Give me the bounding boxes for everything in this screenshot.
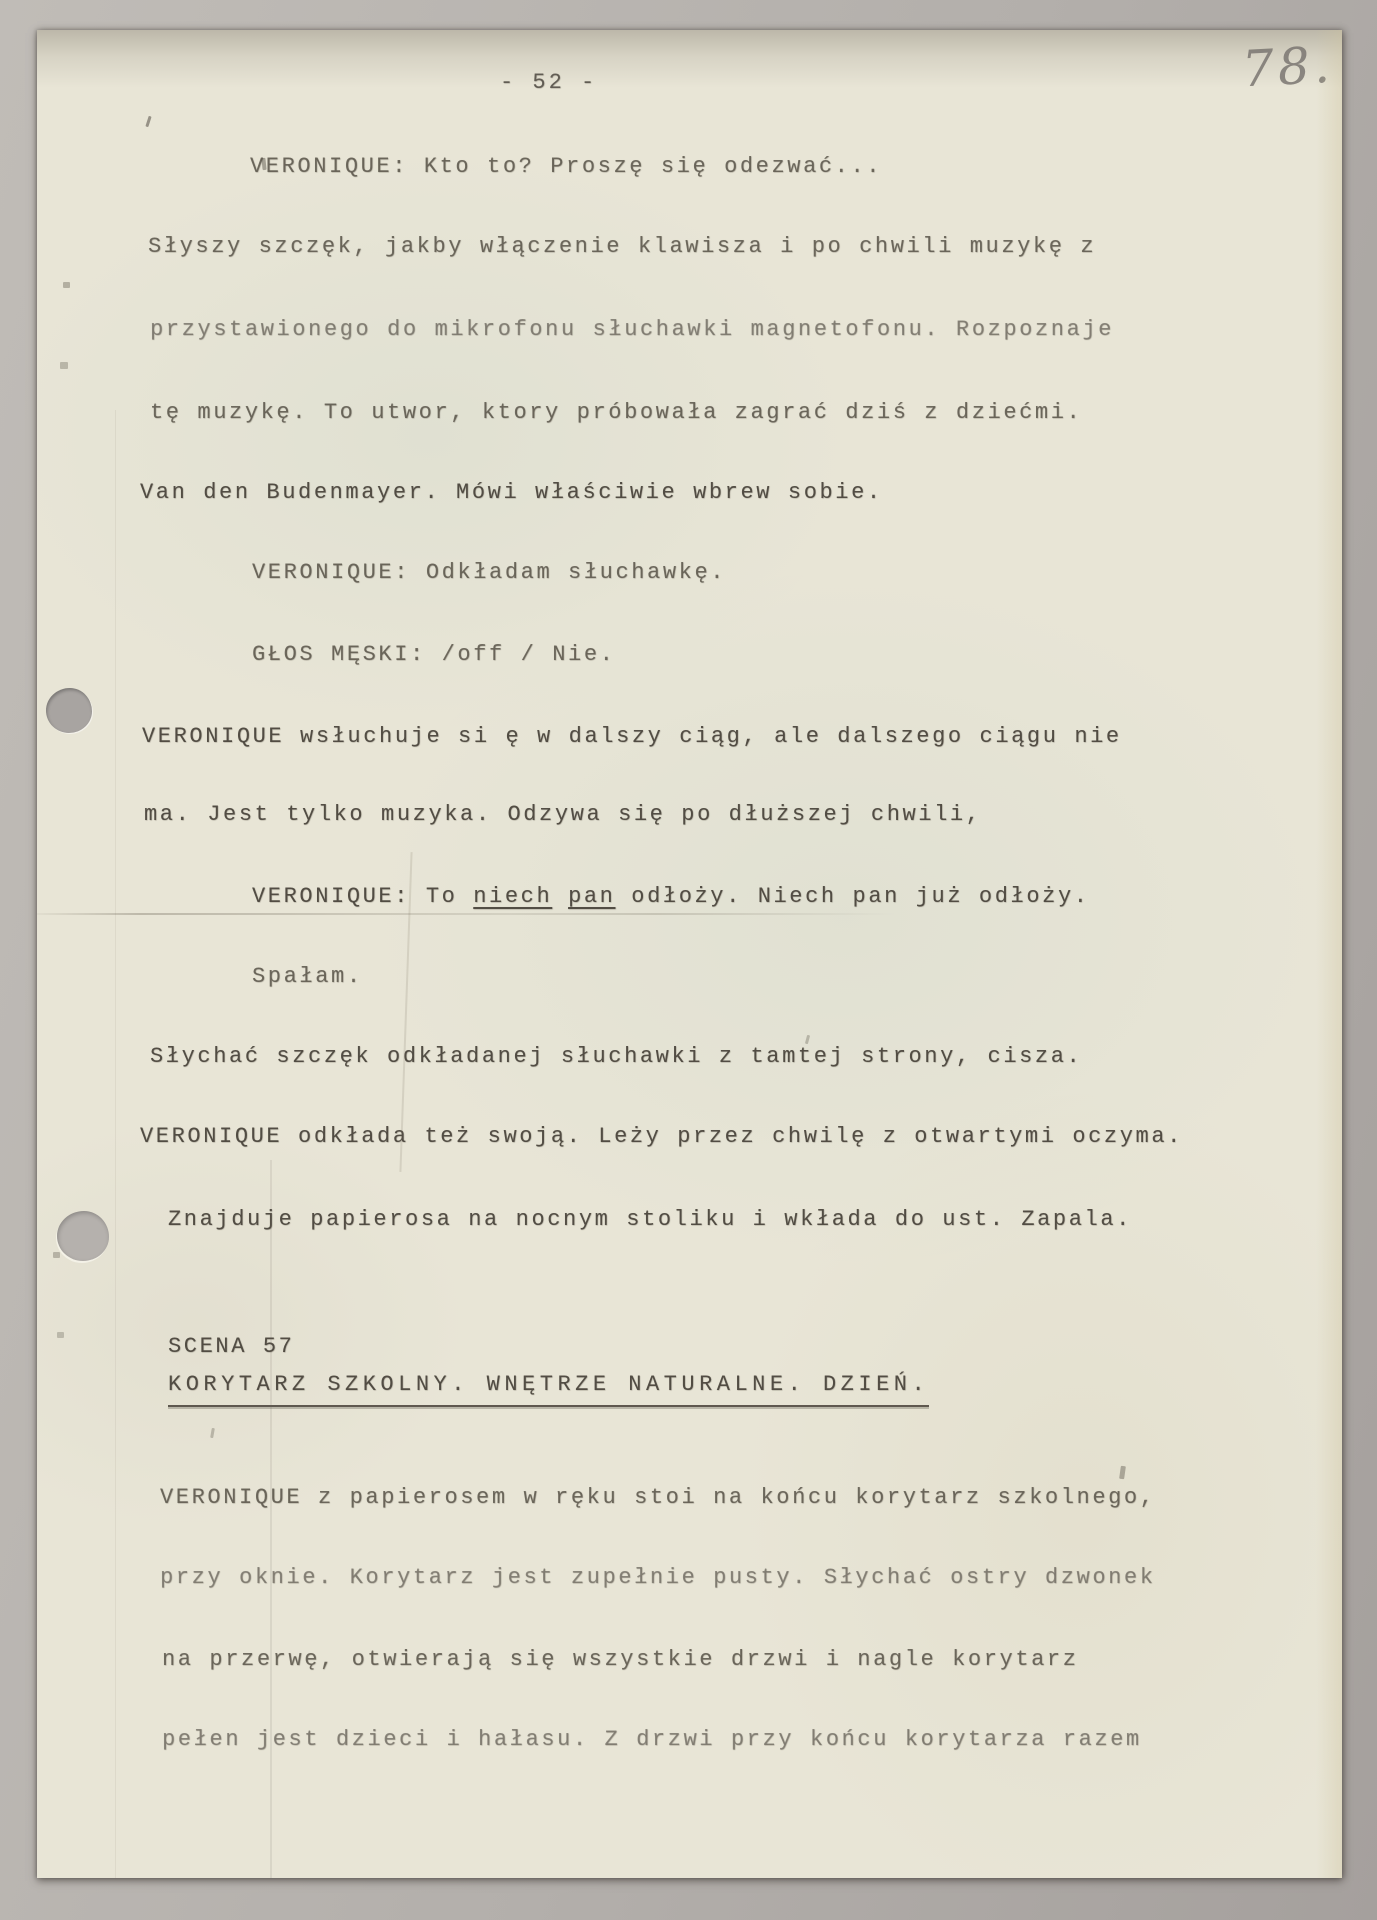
text-segment: przystawionego do mikrofonu słuchawki ma… — [150, 317, 1114, 342]
text-segment: odłoży. Niech pan już odłoży. — [615, 884, 1089, 909]
underlined-word: pan — [568, 884, 615, 909]
text-segment: Słyszy szczęk, jakby włączenie klawisza … — [148, 234, 1096, 259]
script-line: Słyszy szczęk, jakby włączenie klawisza … — [148, 232, 1096, 262]
text-segment: Van den Budenmayer. Mówi właściwie wbrew… — [140, 480, 883, 505]
ink-speck — [60, 362, 68, 369]
punch-hole — [46, 688, 92, 733]
ink-speck — [145, 116, 151, 127]
text-segment: ma. Jest tylko muzyka. Odzywa się po dłu… — [144, 802, 982, 827]
script-line: pełen jest dzieci i hałasu. Z drzwi przy… — [162, 1725, 1142, 1755]
text-segment: przy oknie. Korytarz jest zupełnie pusty… — [160, 1565, 1156, 1590]
scene-heading: KORYTARZ SZKOLNY. WNĘTRZE NATURALNE. DZI… — [168, 1370, 929, 1407]
text-segment: VERONIQUE: Odkładam słuchawkę. — [252, 560, 726, 585]
ink-speck — [57, 1332, 64, 1338]
scanner-background: - 52 - 78. VERONIQUE: Kto to? Proszę się… — [0, 0, 1377, 1920]
script-line: Znajduje papierosa na nocnym stoliku i w… — [168, 1205, 1132, 1235]
script-line: Van den Budenmayer. Mówi właściwie wbrew… — [140, 478, 883, 508]
script-line: SCENA 57 — [168, 1332, 294, 1362]
script-line: ma. Jest tylko muzyka. Odzywa się po dłu… — [144, 800, 982, 830]
text-segment: na przerwę, otwierają się wszystkie drzw… — [162, 1647, 1079, 1672]
script-line: tę muzykę. To utwor, ktory próbowała zag… — [150, 398, 1082, 428]
script-line: VERONIQUE: Odkładam słuchawkę. — [252, 558, 726, 588]
script-line: Spałam. — [252, 962, 363, 992]
text-segment: GŁOS MĘSKI: /off / Nie. — [252, 642, 615, 667]
text-segment — [552, 884, 568, 909]
text-segment: Spałam. — [252, 964, 363, 989]
fold-crease — [37, 913, 897, 915]
fold-crease — [270, 1160, 272, 1878]
ink-speck — [210, 1428, 215, 1438]
script-line: VERONIQUE wsłuchuje si ę w dalszy ciąg, … — [142, 722, 1122, 752]
text-segment: VERONIQUE: To — [252, 884, 473, 909]
punch-hole — [57, 1211, 109, 1261]
underlined-word: niech — [473, 884, 552, 909]
script-line: na przerwę, otwierają się wszystkie drzw… — [162, 1645, 1079, 1675]
script-line: VERONIQUE: Kto to? Proszę się odezwać... — [250, 152, 882, 182]
script-line: przy oknie. Korytarz jest zupełnie pusty… — [160, 1563, 1156, 1593]
page-number: - 52 - — [500, 70, 597, 95]
text-segment: Znajduje papierosa na nocnym stoliku i w… — [168, 1207, 1132, 1232]
text-segment: VERONIQUE odkłada też swoją. Leży przez … — [140, 1124, 1183, 1149]
handwritten-page-number: 78. — [1241, 36, 1335, 99]
script-line: GŁOS MĘSKI: /off / Nie. — [252, 640, 615, 670]
fold-crease — [115, 410, 116, 1878]
script-line: VERONIQUE z papierosem w ręku stoi na ko… — [160, 1483, 1156, 1513]
script-line: VERONIQUE odkłada też swoją. Leży przez … — [140, 1122, 1183, 1152]
text-segment: SCENA 57 — [168, 1334, 294, 1359]
text-segment: VERONIQUE: Kto to? Proszę się odezwać... — [250, 154, 882, 179]
scanned-page: - 52 - 78. VERONIQUE: Kto to? Proszę się… — [37, 30, 1342, 1878]
script-line: Słychać szczęk odkładanej słuchawki z ta… — [150, 1042, 1082, 1072]
text-segment: Słychać szczęk odkładanej słuchawki z ta… — [150, 1044, 1082, 1069]
ink-speck — [53, 1252, 60, 1258]
text-segment: VERONIQUE wsłuchuje si ę w dalszy ciąg, … — [142, 724, 1122, 749]
script-line: przystawionego do mikrofonu słuchawki ma… — [150, 315, 1114, 345]
text-segment: VERONIQUE z papierosem w ręku stoi na ko… — [160, 1485, 1156, 1510]
text-segment: tę muzykę. To utwor, ktory próbowała zag… — [150, 400, 1082, 425]
ink-speck — [63, 282, 70, 288]
text-segment: pełen jest dzieci i hałasu. Z drzwi przy… — [162, 1727, 1142, 1752]
text-segment: KORYTARZ SZKOLNY. WNĘTRZE NATURALNE. DZI… — [168, 1372, 929, 1397]
script-line: VERONIQUE: To niech pan odłoży. Niech pa… — [252, 882, 1090, 912]
ink-speck — [1119, 1466, 1126, 1480]
